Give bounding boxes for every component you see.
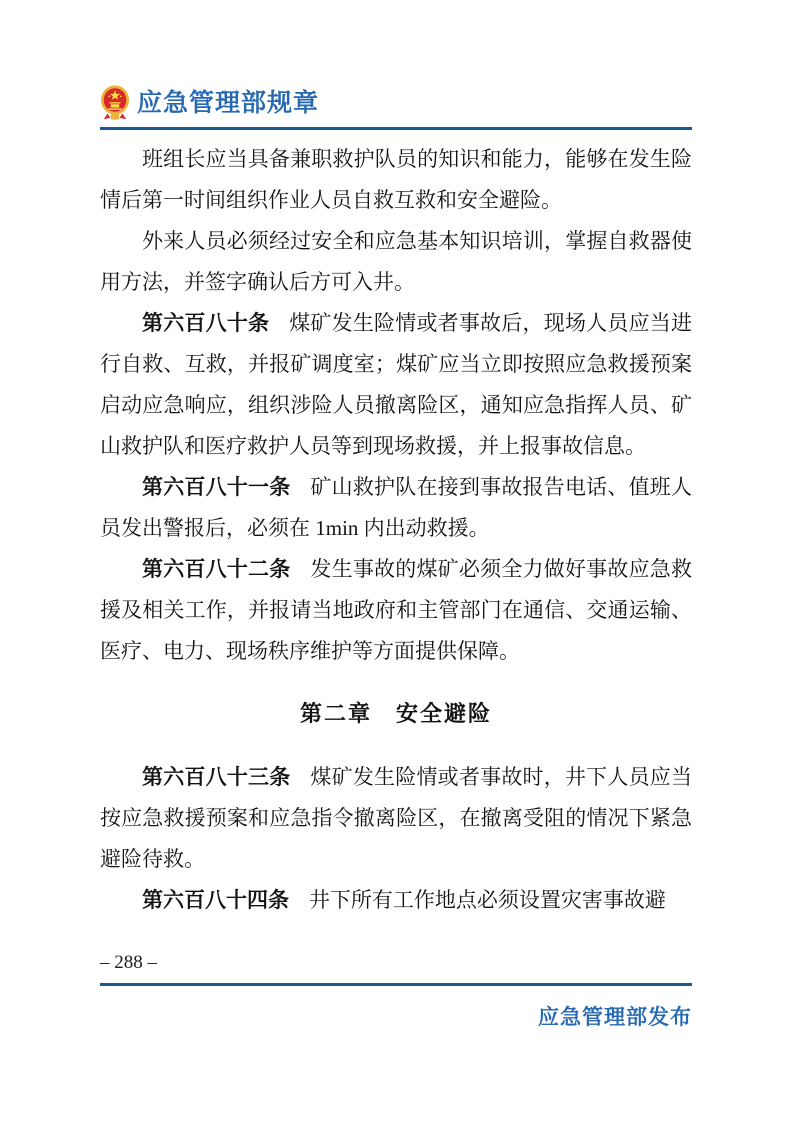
document-body: 班组长应当具备兼职救护队员的知识和能力，能够在发生险情后第一时间组织作业人员自救… — [100, 139, 692, 921]
page-number: – 288 – — [100, 951, 692, 975]
paragraph: 班组长应当具备兼职救护队员的知识和能力，能够在发生险情后第一时间组织作业人员自救… — [100, 139, 692, 221]
document-page: 应急管理部规章 班组长应当具备兼职救护队员的知识和能力，能够在发生险情后第一时间… — [0, 0, 793, 1122]
chapter-heading: 第二章 安全避险 — [100, 693, 692, 734]
article-number: 第六百八十条 — [142, 312, 269, 335]
header-divider — [100, 127, 692, 130]
paragraph: 外来人员必须经过安全和应急基本知识培训，掌握自救器使用方法，并签字确认后方可入井… — [100, 221, 692, 303]
publisher-label: 应急管理部发布 — [100, 1001, 692, 1031]
page-title: 应急管理部规章 — [137, 84, 319, 122]
page-header: 应急管理部规章 — [100, 84, 692, 122]
article-number: 第六百八十一条 — [142, 476, 290, 499]
article-paragraph: 第六百八十条煤矿发生险情或者事故后，现场人员应当进行自救、互救，并报矿调度室；煤… — [100, 303, 692, 467]
paragraph-text: 外来人员必须经过安全和应急基本知识培训，掌握自救器使用方法，并签字确认后方可入井… — [100, 229, 692, 294]
national-emblem-icon — [100, 85, 130, 122]
article-paragraph: 第六百八十二条发生事故的煤矿必须全力做好事故应急救援及相关工作，并报请当地政府和… — [100, 549, 692, 672]
paragraph-text: 班组长应当具备兼职救护队员的知识和能力，能够在发生险情后第一时间组织作业人员自救… — [100, 147, 692, 212]
footer-divider — [100, 983, 692, 986]
article-paragraph: 第六百八十三条煤矿发生险情或者事故时，井下人员应当按应急救援预案和应急指令撤离险… — [100, 757, 692, 880]
article-paragraph: 第六百八十四条井下所有工作地点必须设置灾害事故避 — [100, 880, 692, 921]
article-number: 第六百八十四条 — [142, 889, 289, 912]
article-number: 第六百八十三条 — [142, 766, 290, 789]
paragraph-text: 井下所有工作地点必须设置灾害事故避 — [309, 888, 666, 912]
article-number: 第六百八十二条 — [142, 558, 290, 581]
article-paragraph: 第六百八十一条矿山救护队在接到事故报告电话、值班人员发出警报后，必须在 1min… — [100, 467, 692, 549]
